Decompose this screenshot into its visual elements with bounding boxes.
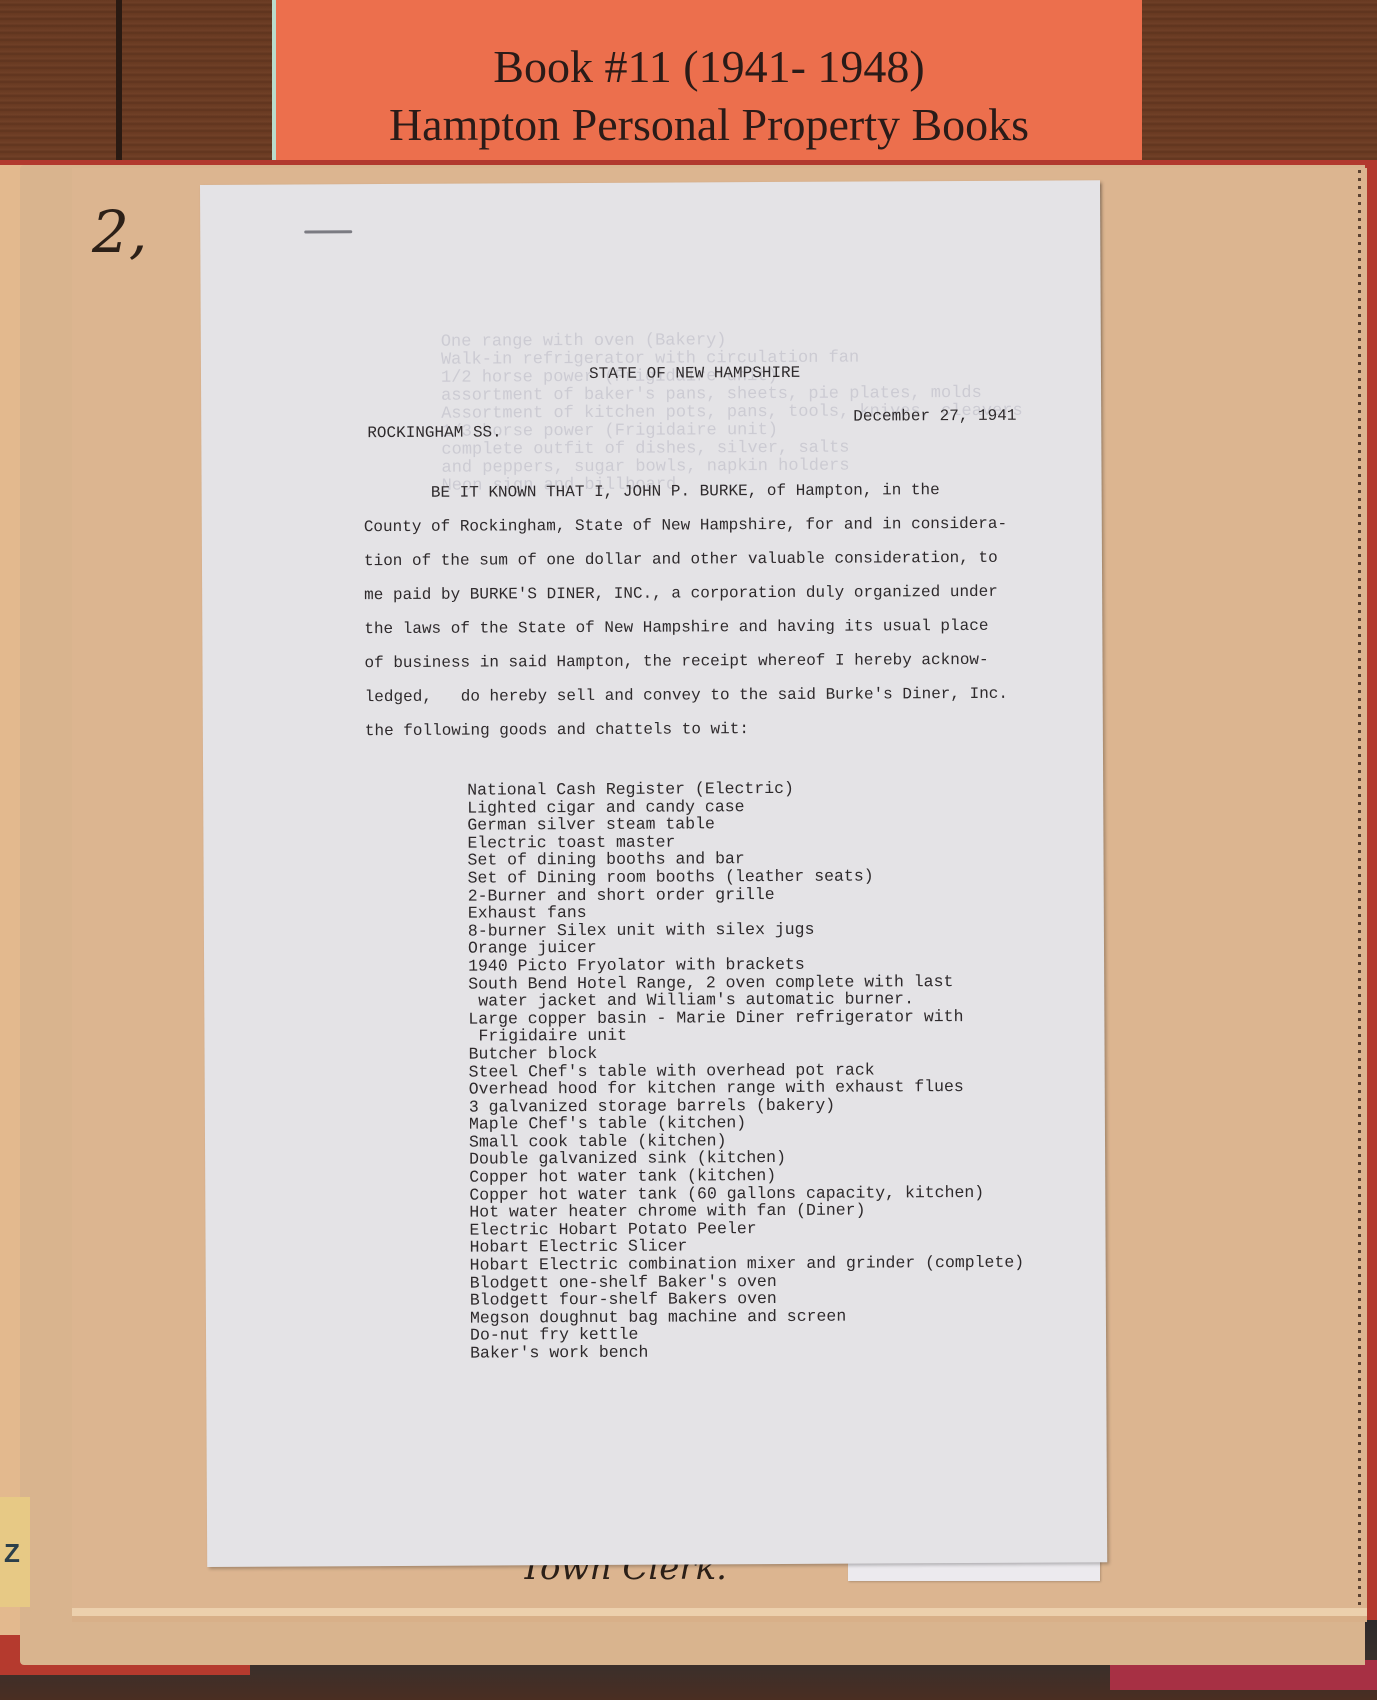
document-county: ROCKINGHAM SS. (367, 423, 502, 442)
list-item: Baker's work bench (470, 1342, 1025, 1362)
book-label-subtitle: Hampton Personal Property Books (276, 98, 1142, 151)
document-date: December 27, 1941 (853, 407, 1016, 426)
paragraph-line: tion of the sum of one dollar and other … (364, 548, 1064, 586)
paragraph-line: the laws of the State of New Hampshire a… (364, 616, 1064, 654)
list-item: Large copper basin - Marie Diner refrige… (468, 1007, 1023, 1027)
paragraph-line: the following goods and chattels to wit: (365, 718, 1065, 756)
paragraph-line: me paid by BURKE'S DINER, INC., a corpor… (364, 582, 1064, 620)
document-paragraph: BE IT KNOWN THAT I, JOHN P. BURKE, of Ha… (364, 480, 1065, 756)
paragraph-line: of business in said Hampton, the receipt… (364, 650, 1064, 688)
index-tab-letter: Z (4, 1538, 20, 1569)
book-label-title: Book #11 (1941- 1948) (276, 40, 1142, 93)
paragraph-line: ledged, do hereby sell and convey to the… (365, 684, 1065, 722)
page-perforation (1358, 170, 1361, 1610)
paragraph-line: County of Rockingham, State of New Hamps… (364, 514, 1064, 552)
goods-list: National Cash Register (Electric)Lighted… (467, 779, 1025, 1362)
typed-document: One range with oven (Bakery) Walk-in ref… (200, 180, 1107, 1567)
table-seam (116, 0, 122, 168)
book-label-sheet: Book #11 (1941- 1948) Hampton Personal P… (276, 0, 1142, 172)
list-item: Hobart Electric combination mixer and gr… (470, 1254, 1025, 1274)
document-heading: STATE OF NEW HAMPSHIRE (589, 364, 800, 383)
handwritten-page-number: 2, (92, 198, 147, 266)
paragraph-line: BE IT KNOWN THAT I, JOHN P. BURKE, of Ha… (364, 480, 1064, 518)
staple-icon (304, 230, 352, 233)
